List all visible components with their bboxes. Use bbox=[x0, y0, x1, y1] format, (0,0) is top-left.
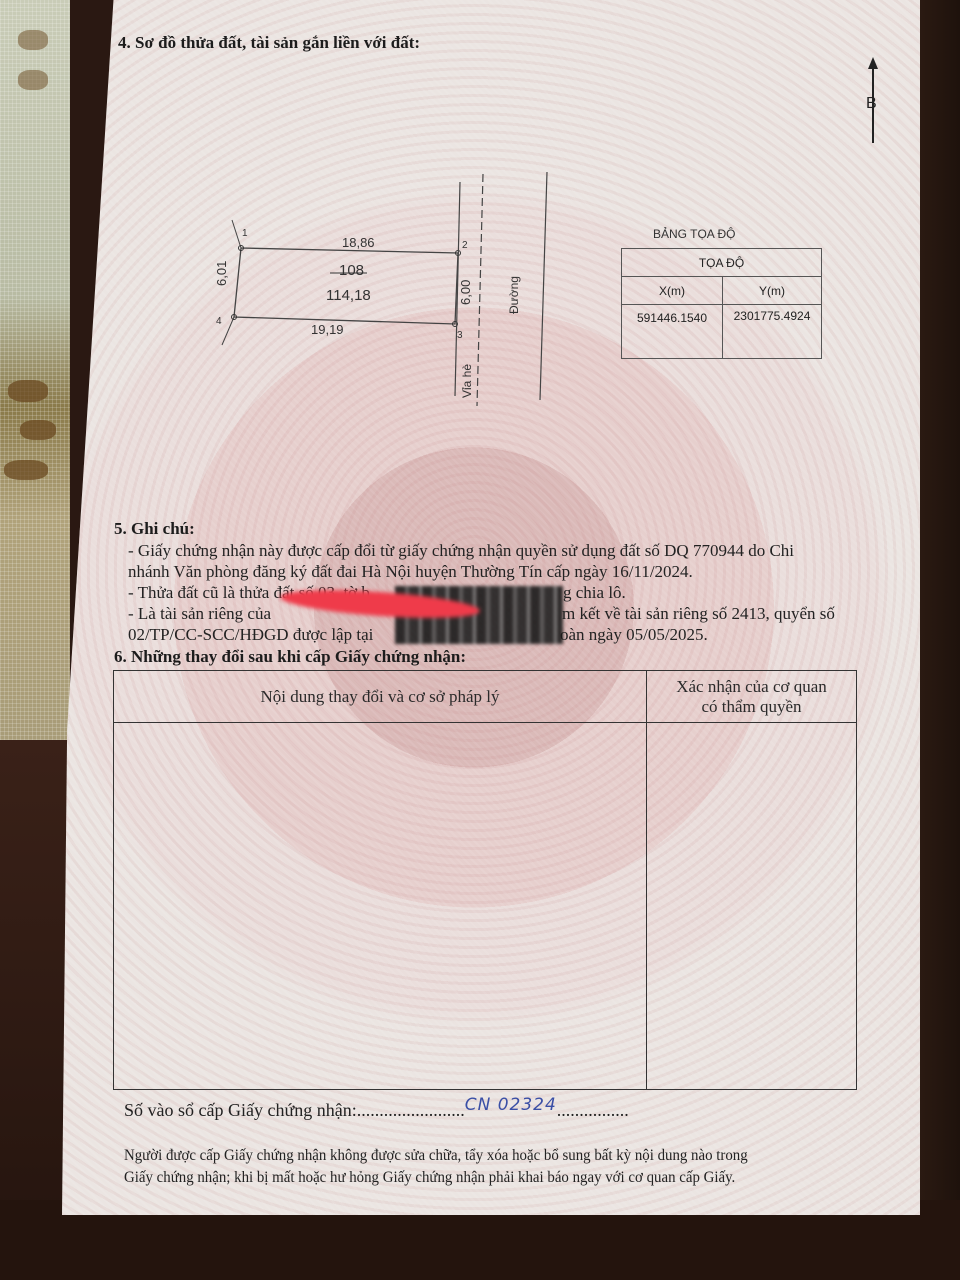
parcel-area: 114,18 bbox=[326, 287, 371, 304]
coord-y-value: 2301775.4924 bbox=[723, 305, 822, 359]
note-line-3-end: g chia lô. bbox=[563, 582, 626, 603]
sidewalk-label: Vỉa hè bbox=[460, 364, 474, 398]
lace-pattern bbox=[20, 420, 56, 440]
confirmation-header-line-2: có thẩm quyền bbox=[648, 697, 855, 717]
section-6-title: 6. Những thay đổi sau khi cấp Giấy chứng… bbox=[114, 647, 466, 667]
registry-number: CN 02324 bbox=[465, 1095, 557, 1115]
vertex-4-label: 4 bbox=[216, 316, 222, 327]
section-4-title: 4. Sơ đồ thửa đất, tài sản gắn liền với … bbox=[118, 33, 420, 53]
left-edge-length: 6,01 bbox=[214, 261, 229, 286]
lace-pattern bbox=[8, 380, 48, 402]
note-line-1: - Giấy chứng nhận này được cấp đổi từ gi… bbox=[128, 540, 794, 561]
note-line-4-end: m kết về tài sản riêng số 2413, quyển số bbox=[562, 603, 835, 624]
coord-col-x: X(m) bbox=[622, 277, 723, 305]
lace-tablecloth bbox=[0, 0, 70, 740]
changes-confirmation-cell bbox=[647, 723, 857, 1090]
note-line-4-start: - Là tài sản riêng của bbox=[128, 603, 271, 624]
lace-pattern bbox=[18, 70, 48, 90]
vertex-1-label: 1 bbox=[242, 228, 248, 239]
wooden-table bbox=[0, 740, 70, 1280]
bottom-edge-length: 19,19 bbox=[311, 322, 344, 337]
top-edge-length: 18,86 bbox=[342, 235, 375, 250]
north-label: B bbox=[866, 95, 877, 113]
coord-group-header: TỌA ĐỘ bbox=[622, 249, 822, 277]
changes-col-content: Nội dung thay đổi và cơ sở pháp lý bbox=[114, 671, 647, 723]
registry-dots: ........................ bbox=[357, 1100, 465, 1120]
coord-col-y: Y(m) bbox=[723, 277, 822, 305]
vertex-2-label: 2 bbox=[462, 240, 468, 251]
wooden-table-right bbox=[918, 0, 960, 1280]
coord-table-title: BẢNG TỌA ĐỘ bbox=[653, 227, 735, 241]
note-line-5-end: oàn ngày 05/05/2025. bbox=[560, 624, 708, 645]
footer-note-line-2: Giấy chứng nhận; khi bị mất hoặc hư hỏng… bbox=[124, 1167, 735, 1188]
changes-table: Nội dung thay đổi và cơ sở pháp lý Xác n… bbox=[113, 670, 857, 1090]
parcel-number: 108 bbox=[339, 262, 364, 279]
changes-content-cell bbox=[114, 723, 647, 1090]
coordinate-table: TỌA ĐỘ X(m) Y(m) 591446.1540 2301775.492… bbox=[621, 248, 822, 359]
lace-pattern bbox=[18, 30, 48, 50]
note-line-5-start: 02/TP/CC-SCC/HĐGD được lập tại bbox=[128, 624, 373, 645]
right-edge-length: 6,00 bbox=[458, 280, 473, 305]
section-5-title: 5. Ghi chú: bbox=[114, 519, 195, 539]
coord-x-value: 591446.1540 bbox=[622, 305, 723, 359]
vertex-3-label: 3 bbox=[457, 330, 463, 341]
registry-label: Số vào sổ cấp Giấy chứng nhận: bbox=[124, 1100, 357, 1120]
changes-col-confirmation: Xác nhận của cơ quan có thẩm quyền bbox=[647, 671, 857, 723]
road-label: Đường bbox=[507, 276, 521, 314]
confirmation-header-line-1: Xác nhận của cơ quan bbox=[648, 677, 855, 697]
parcel-diagram bbox=[200, 160, 580, 410]
footer-note-line-1: Người được cấp Giấy chứng nhận không đượ… bbox=[124, 1145, 748, 1166]
registry-dots-end: ................ bbox=[557, 1100, 629, 1120]
note-line-2: nhánh Văn phòng đăng ký đất đai Hà Nội h… bbox=[128, 561, 693, 582]
registry-line: Số vào sổ cấp Giấy chứng nhận:..........… bbox=[124, 1100, 629, 1122]
lace-pattern bbox=[4, 460, 48, 480]
